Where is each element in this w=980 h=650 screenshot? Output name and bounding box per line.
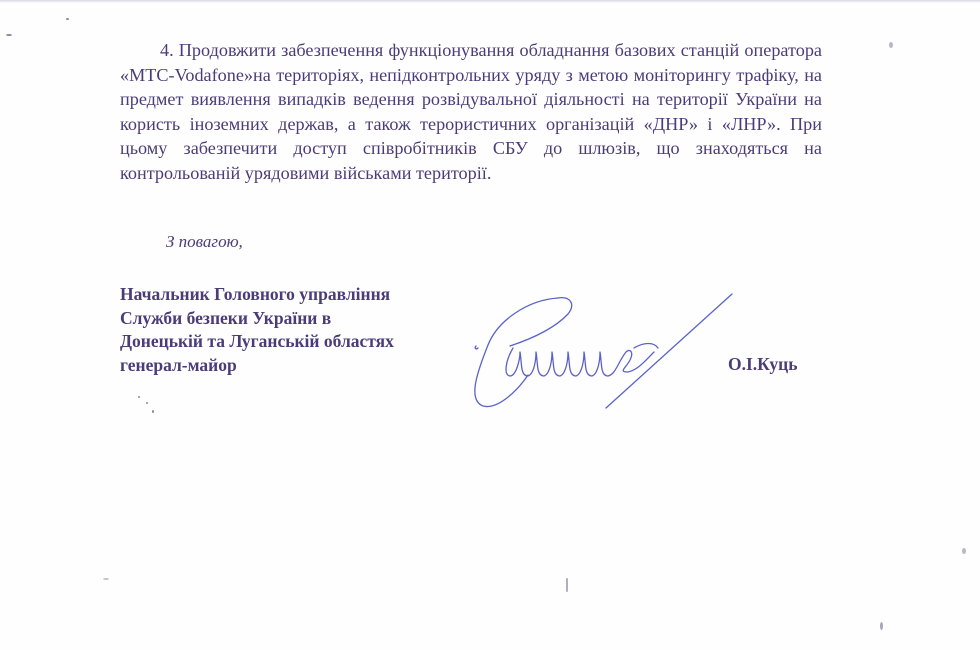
- paragraph-text: Продовжити забезпечення функціонування о…: [120, 40, 822, 183]
- document-page: 4. Продовжити забезпечення функціонуванн…: [0, 0, 980, 650]
- paragraph-item-4: 4. Продовжити забезпечення функціонуванн…: [120, 38, 822, 186]
- signer-title-line: Служби безпеки України в: [120, 307, 394, 331]
- scan-artifact: [880, 622, 883, 630]
- scan-artifact: [889, 42, 893, 48]
- scan-artifact: [6, 34, 12, 36]
- paragraph-number: 4.: [160, 40, 174, 60]
- signer-title-line: Донецькій та Луганській областях: [120, 330, 394, 354]
- handwritten-signature-icon: [458, 290, 748, 410]
- scan-artifact: [152, 410, 154, 413]
- scan-artifact: [962, 548, 966, 554]
- scan-artifact: [566, 578, 568, 592]
- scan-artifact: [138, 396, 140, 398]
- scan-artifact: [103, 578, 109, 580]
- signer-title-line: Начальник Головного управління: [120, 283, 394, 307]
- signer-title-block: Начальник Головного управління Служби бе…: [120, 283, 394, 377]
- scan-artifact: [146, 402, 148, 404]
- scan-edge: [0, 0, 980, 3]
- scan-artifact: [66, 18, 69, 20]
- signer-name: О.І.Куць: [728, 354, 798, 375]
- closing-greeting: З повагою,: [166, 232, 243, 252]
- signer-rank: генерал-майор: [120, 354, 394, 378]
